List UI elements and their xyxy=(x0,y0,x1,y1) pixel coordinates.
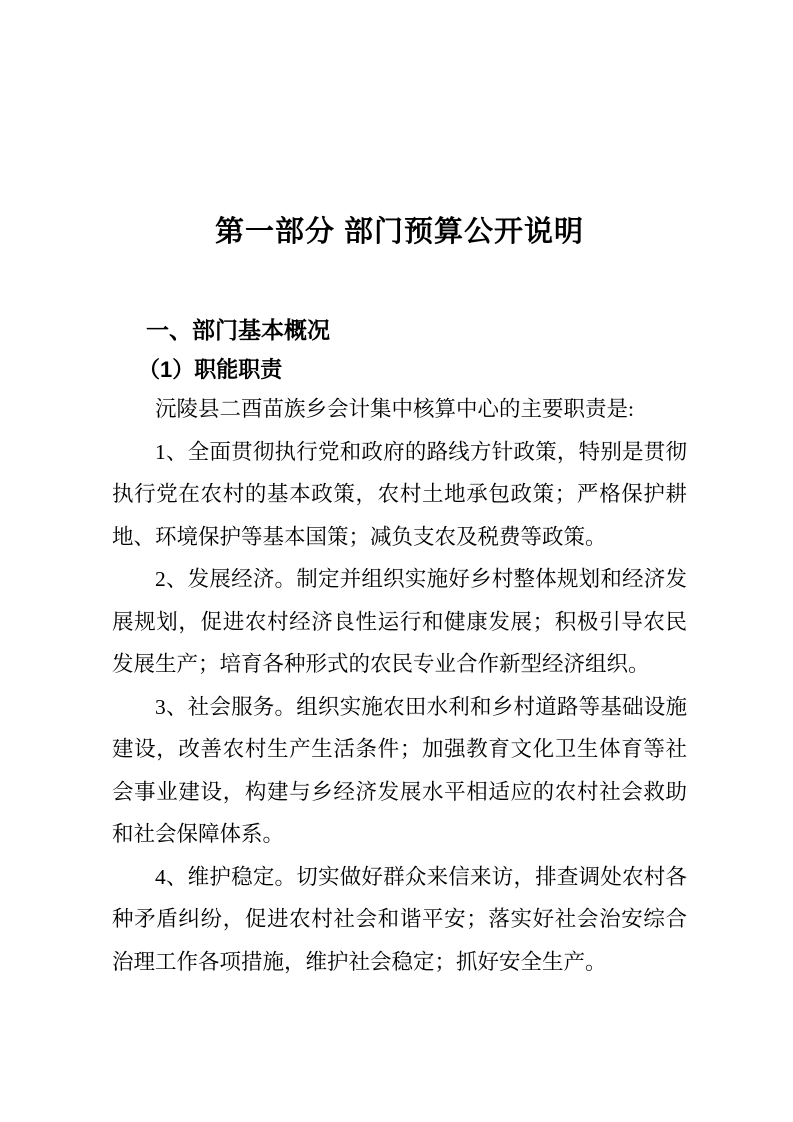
paragraph-intro: 沅陵县二酉苗族乡会计集中核算中心的主要职责是: xyxy=(112,388,687,431)
paragraph-duty-3: 3、社会服务。组织实施农田水利和乡村道路等基础设施建设，改善农村生产生活条件；加… xyxy=(112,686,687,856)
paragraph-duty-4: 4、维护稳定。切实做好群众来信来访，排查调处农村各种矛盾纠纷，促进农村社会和谐平… xyxy=(112,856,687,984)
body-text: 沅陵县二酉苗族乡会计集中核算中心的主要职责是: 1、全面贯彻执行党和政府的路线方… xyxy=(112,388,687,983)
document-page: 第一部分 部门预算公开说明 一、部门基本概况 （1）职能职责 沅陵县二酉苗族乡会… xyxy=(0,0,793,1122)
document-content: 第一部分 部门预算公开说明 一、部门基本概况 （1）职能职责 沅陵县二酉苗族乡会… xyxy=(112,0,687,983)
section-heading-basic-overview: 一、部门基本概况 xyxy=(112,314,687,346)
paragraph-duty-1: 1、全面贯彻执行党和政府的路线方针政策，特别是贯彻执行党在农村的基本政策，农村土… xyxy=(112,431,687,559)
subsection-heading-functions-duties: （1）职能职责 xyxy=(112,354,687,386)
document-title: 第一部分 部门预算公开说明 xyxy=(112,214,687,250)
paragraph-duty-2: 2、发展经济。制定并组织实施好乡村整体规划和经济发展规划，促进农村经济良性运行和… xyxy=(112,558,687,686)
